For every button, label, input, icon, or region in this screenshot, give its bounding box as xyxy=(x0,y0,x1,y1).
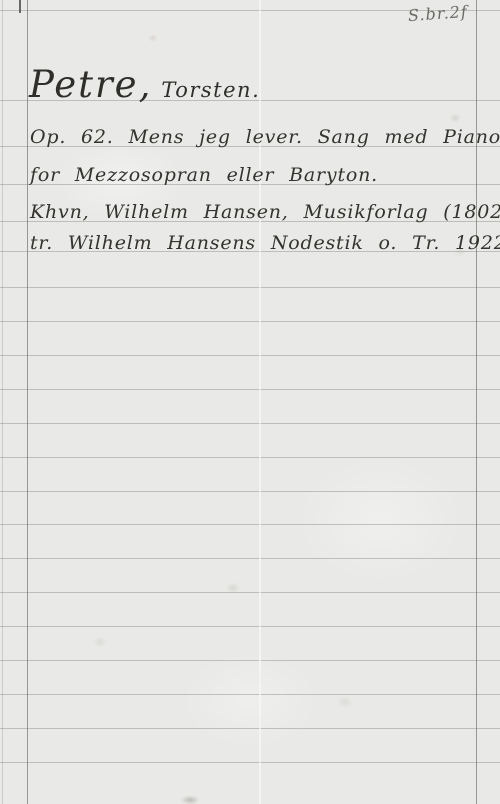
ruled-line xyxy=(0,355,500,356)
ruled-line xyxy=(0,626,500,627)
entry-line-publisher: Khvn, Wilhelm Hansen, Musikforlag (18028… xyxy=(30,203,500,222)
ruled-line xyxy=(0,321,500,322)
paper-texture xyxy=(0,0,500,804)
heading-author: Petre,Torsten. xyxy=(29,66,260,103)
ruled-line xyxy=(0,558,500,559)
ruled-line xyxy=(0,457,500,458)
left-margin-line xyxy=(27,0,28,804)
entry-line-title: Op. 62. Mens jeg lever. Sang med Piano xyxy=(30,128,500,147)
ruled-line xyxy=(0,423,500,424)
author-forename: Torsten. xyxy=(161,78,260,102)
ruled-line xyxy=(0,287,500,288)
right-margin-line xyxy=(476,0,477,804)
ruled-line xyxy=(0,389,500,390)
author-surname: Petre, xyxy=(29,63,152,106)
scan-edge-mark xyxy=(19,0,21,13)
ruled-line xyxy=(0,592,500,593)
entry-line-printing: tr. Wilhelm Hansens Nodestik o. Tr. 1922… xyxy=(30,234,500,253)
shelfmark-note: S.br.2f xyxy=(408,4,469,24)
ruled-line xyxy=(0,491,500,492)
ruled-line xyxy=(0,524,500,525)
paper-crease xyxy=(259,0,261,804)
ruled-line xyxy=(0,762,500,763)
paper-left-edge-line xyxy=(2,0,3,804)
ruled-line xyxy=(0,660,500,661)
ruled-line xyxy=(0,728,500,729)
ruled-line xyxy=(0,694,500,695)
catalog-card-scan: S.br.2f Petre,Torsten. Op. 62. Mens jeg … xyxy=(0,0,500,804)
entry-line-voicing: for Mezzosopran eller Baryton. xyxy=(30,166,378,185)
